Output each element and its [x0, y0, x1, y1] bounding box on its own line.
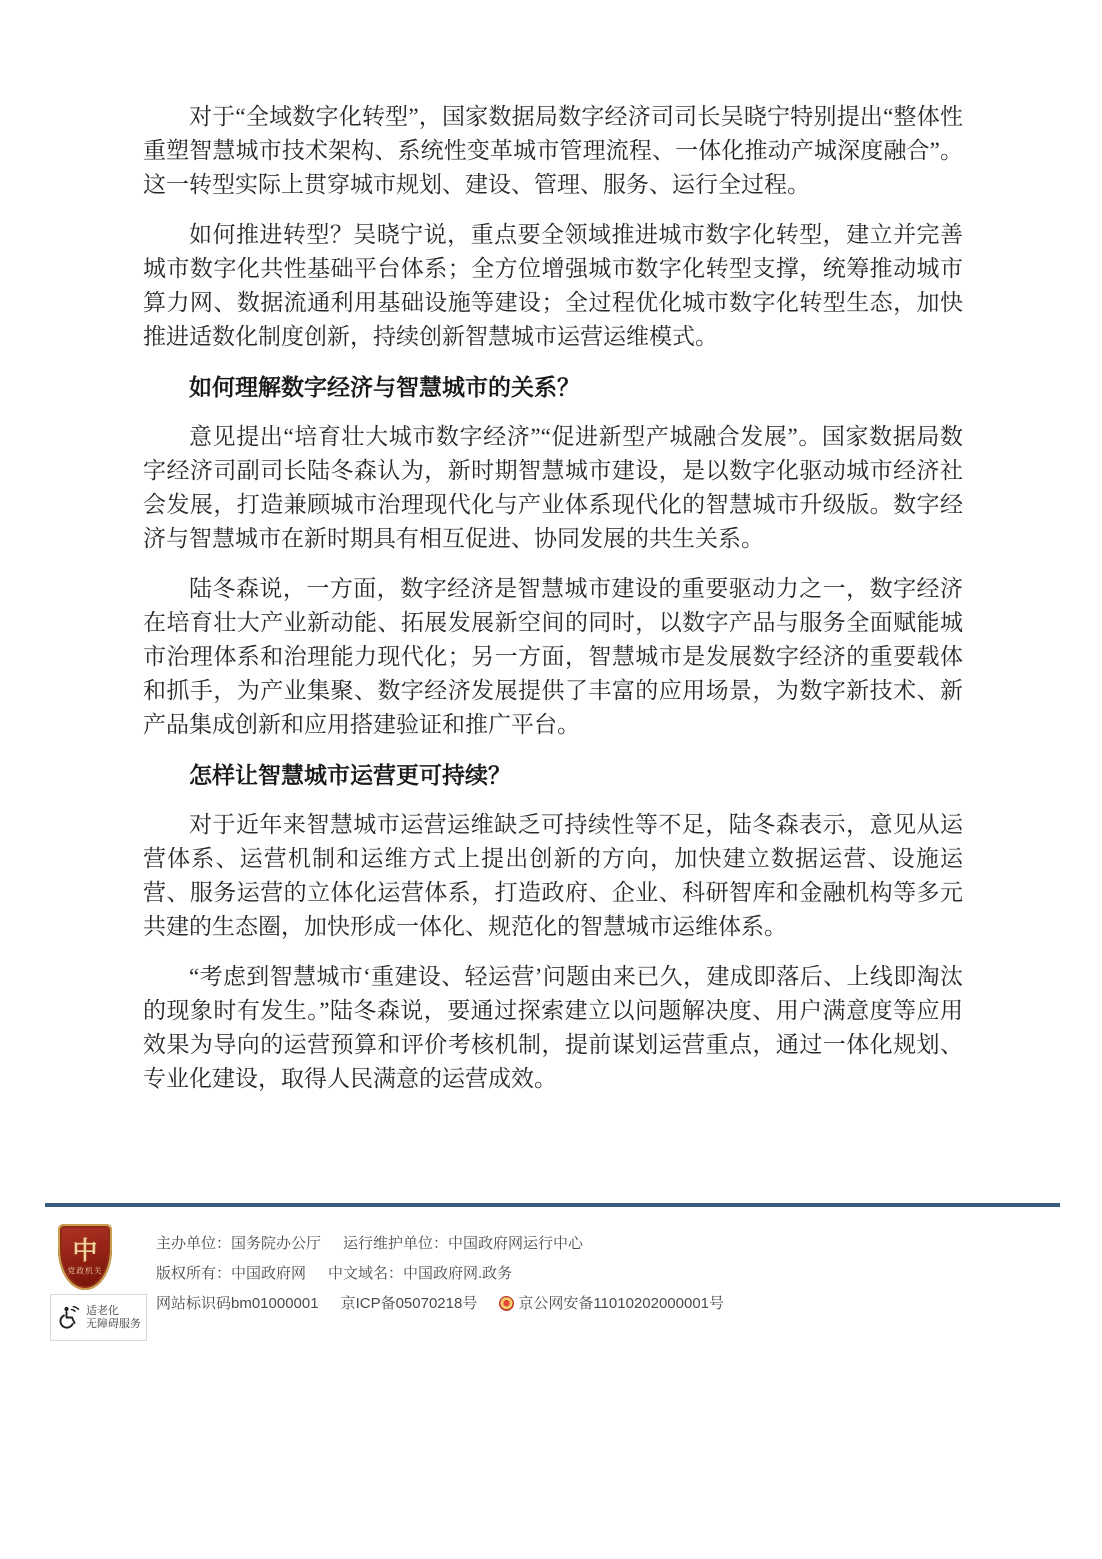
- gov-agency-badge[interactable]: 中 党政机关: [58, 1224, 112, 1290]
- footer-info-line: 版权所有：中国政府网中文域名：中国政府网.政务: [156, 1264, 724, 1283]
- article-paragraph: 如何推进转型？吴晓宁说，重点要全领域推进城市数字化转型，建立并完善城市数字化共性…: [143, 218, 963, 354]
- footer-divider: [45, 1203, 1060, 1207]
- article-paragraph: 陆冬森说，一方面，数字经济是智慧城市建设的重要驱动力之一，数字经济在培育壮大产业…: [143, 572, 963, 742]
- accessibility-label: 适老化 无障碍服务: [86, 1305, 141, 1331]
- section-heading: 怎样让智慧城市运营更可持续？: [143, 758, 963, 792]
- article-paragraph: 对于“全域数字化转型”，国家数据局数字经济司司长吴晓宁特别提出“整体性重塑智慧城…: [143, 100, 963, 202]
- article-paragraph: 对于近年来智慧城市运营运维缺乏可持续性等不足，陆冬森表示，意见从运营体系、运营机…: [143, 808, 963, 944]
- accessibility-service-button[interactable]: 适老化 无障碍服务: [50, 1294, 147, 1341]
- footer-info-item: 京ICP备05070218号: [341, 1295, 478, 1312]
- footer-info-item: 中文域名：中国政府网.政务: [328, 1265, 512, 1282]
- article-paragraph: 意见提出“培育壮大城市数字经济”“促进新型产城融合发展”。国家数据局数字经济司副…: [143, 420, 963, 556]
- article-paragraph: “考虑到智慧城市‘重建设、轻运营’问题由来已久，建成即落后、上线即淘汰的现象时有…: [143, 960, 963, 1096]
- footer-info-item: 运行维护单位：中国政府网运行中心: [343, 1235, 583, 1252]
- footer-info-line: 主办单位：国务院办公厅运行维护单位：中国政府网运行中心: [156, 1234, 724, 1253]
- document-page: 对于“全域数字化转型”，国家数据局数字经济司司长吴晓宁特别提出“整体性重塑智慧城…: [0, 0, 1102, 1559]
- accessibility-label-line1: 适老化: [86, 1305, 141, 1318]
- footer-info-item[interactable]: 京公网安备11010202000001号: [499, 1295, 724, 1312]
- footer-info-line: 网站标识码bm01000001京ICP备05070218号京公网安备110102…: [156, 1294, 724, 1313]
- police-badge-icon: [499, 1296, 514, 1311]
- wheelchair-accessibility-icon: [56, 1304, 83, 1331]
- footer-info-item: 版权所有：中国政府网: [156, 1265, 306, 1282]
- article-body: 对于“全域数字化转型”，国家数据局数字经济司司长吴晓宁特别提出“整体性重塑智慧城…: [143, 100, 963, 1112]
- gov-emblem-icon: 中: [72, 1238, 97, 1266]
- section-heading: 如何理解数字经济与智慧城市的关系？: [143, 370, 963, 404]
- footer-info-item: 主办单位：国务院办公厅: [156, 1235, 321, 1252]
- footer-info: 主办单位：国务院办公厅运行维护单位：中国政府网运行中心版权所有：中国政府网中文域…: [156, 1234, 724, 1324]
- footer-info-item: 网站标识码bm01000001: [156, 1295, 319, 1312]
- gov-badge-label: 党政机关: [67, 1266, 102, 1276]
- accessibility-label-line2: 无障碍服务: [86, 1318, 141, 1331]
